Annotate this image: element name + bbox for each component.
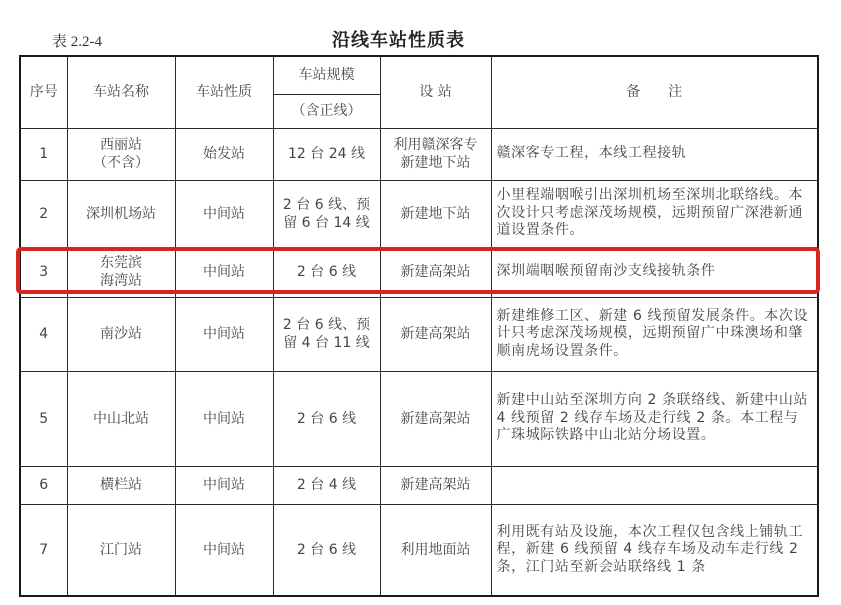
station-scale: 2 台 6 线、预留 6 台 14 线 bbox=[273, 180, 380, 247]
station-name: 东莞滨海湾站 bbox=[67, 247, 175, 297]
station-remarks: 新建维修工区、新建 6 线预留发展条件。本次设计只考虑深茂场规模，远期预留广中珠… bbox=[491, 297, 818, 371]
station-scale: 2 台 6 线 bbox=[273, 504, 380, 596]
station-scale: 2 台 6 线、预留 4 台 11 线 bbox=[273, 297, 380, 371]
station-name: 深圳机场站 bbox=[67, 180, 175, 247]
header-row: 序号 车站名称 车站性质 车站规模 设 站 备 注 bbox=[20, 56, 818, 94]
table-row-highlighted: 3 东莞滨海湾站 中间站 2 台 6 线 新建高架站 深圳端咽喉预留南沙支线接轨… bbox=[20, 247, 818, 297]
station-name-line1: 西丽站 bbox=[100, 137, 142, 153]
scale-line2: 留 6 台 14 线 bbox=[283, 215, 370, 231]
table-row: 2 深圳机场站 中间站 2 台 6 线、预留 6 台 14 线 新建地下站 小里… bbox=[20, 180, 818, 247]
station-type: 中间站 bbox=[175, 466, 273, 504]
station-scale: 12 台 24 线 bbox=[273, 128, 380, 180]
header-scale: 车站规模 bbox=[273, 56, 380, 94]
station-remarks: 赣深客专工程，本线工程接轨 bbox=[491, 128, 818, 180]
station-type: 中间站 bbox=[175, 371, 273, 466]
construction-line1: 利用赣深客专 bbox=[394, 137, 478, 153]
row-index: 2 bbox=[20, 180, 67, 247]
row-index: 5 bbox=[20, 371, 67, 466]
station-type: 中间站 bbox=[175, 247, 273, 297]
station-properties-table: 序号 车站名称 车站性质 车站规模 设 站 备 注 （含正线） 1 西丽站（不含… bbox=[19, 55, 819, 597]
header-construction: 设 站 bbox=[380, 56, 491, 128]
station-remarks: 利用既有站及设施，本次工程仅包含线上铺轨工程，新建 6 线预留 4 线存车场及动… bbox=[491, 504, 818, 596]
header-name: 车站名称 bbox=[67, 56, 175, 128]
table-row: 4 南沙站 中间站 2 台 6 线、预留 4 台 11 线 新建高架站 新建维修… bbox=[20, 297, 818, 371]
scale-line1: 2 台 6 线、预 bbox=[283, 317, 370, 333]
station-construction: 新建高架站 bbox=[380, 466, 491, 504]
row-index: 6 bbox=[20, 466, 67, 504]
station-type: 中间站 bbox=[175, 180, 273, 247]
row-index: 7 bbox=[20, 504, 67, 596]
scale-line1: 2 台 6 线、预 bbox=[283, 197, 370, 213]
station-construction: 利用地面站 bbox=[380, 504, 491, 596]
row-index: 1 bbox=[20, 128, 67, 180]
row-index: 4 bbox=[20, 297, 67, 371]
station-type: 中间站 bbox=[175, 297, 273, 371]
station-type: 始发站 bbox=[175, 128, 273, 180]
header-remarks: 备 注 bbox=[491, 56, 818, 128]
station-construction: 利用赣深客专新建地下站 bbox=[380, 128, 491, 180]
table-number: 表 2.2-4 bbox=[52, 30, 102, 51]
construction-line2: 新建地下站 bbox=[401, 155, 471, 171]
station-construction: 新建地下站 bbox=[380, 180, 491, 247]
header-index: 序号 bbox=[20, 56, 67, 128]
header-scale-sub: （含正线） bbox=[273, 94, 380, 128]
station-remarks: 深圳端咽喉预留南沙支线接轨条件 bbox=[491, 247, 818, 297]
station-name: 西丽站（不含） bbox=[67, 128, 175, 180]
station-scale: 2 台 4 线 bbox=[273, 466, 380, 504]
table-row: 6 横栏站 中间站 2 台 4 线 新建高架站 bbox=[20, 466, 818, 504]
station-construction: 新建高架站 bbox=[380, 247, 491, 297]
table-row: 7 江门站 中间站 2 台 6 线 利用地面站 利用既有站及设施，本次工程仅包含… bbox=[20, 504, 818, 596]
table-row: 5 中山北站 中间站 2 台 6 线 新建高架站 新建中山站至深圳方向 2 条联… bbox=[20, 371, 818, 466]
table-title: 沿线车站性质表 bbox=[332, 26, 465, 52]
station-type: 中间站 bbox=[175, 504, 273, 596]
station-name: 南沙站 bbox=[67, 297, 175, 371]
station-name: 横栏站 bbox=[67, 466, 175, 504]
station-name-line2: 海湾站 bbox=[100, 273, 142, 289]
station-remarks: 小里程端咽喉引出深圳机场至深圳北联络线。本次设计只考虑深茂场规模，远期预留广深港… bbox=[491, 180, 818, 247]
station-remarks bbox=[491, 466, 818, 504]
station-construction: 新建高架站 bbox=[380, 297, 491, 371]
table-row: 1 西丽站（不含） 始发站 12 台 24 线 利用赣深客专新建地下站 赣深客专… bbox=[20, 128, 818, 180]
station-name-line1: 东莞滨 bbox=[100, 255, 142, 271]
row-index: 3 bbox=[20, 247, 67, 297]
station-scale: 2 台 6 线 bbox=[273, 371, 380, 466]
station-construction: 新建高架站 bbox=[380, 371, 491, 466]
station-scale: 2 台 6 线 bbox=[273, 247, 380, 297]
station-name: 江门站 bbox=[67, 504, 175, 596]
header-type: 车站性质 bbox=[175, 56, 273, 128]
scale-line2: 留 4 台 11 线 bbox=[283, 335, 370, 351]
station-name-line2: （不含） bbox=[93, 155, 149, 171]
station-remarks: 新建中山站至深圳方向 2 条联络线、新建中山站 4 线预留 2 线存车场及走行线… bbox=[491, 371, 818, 466]
station-name: 中山北站 bbox=[67, 371, 175, 466]
